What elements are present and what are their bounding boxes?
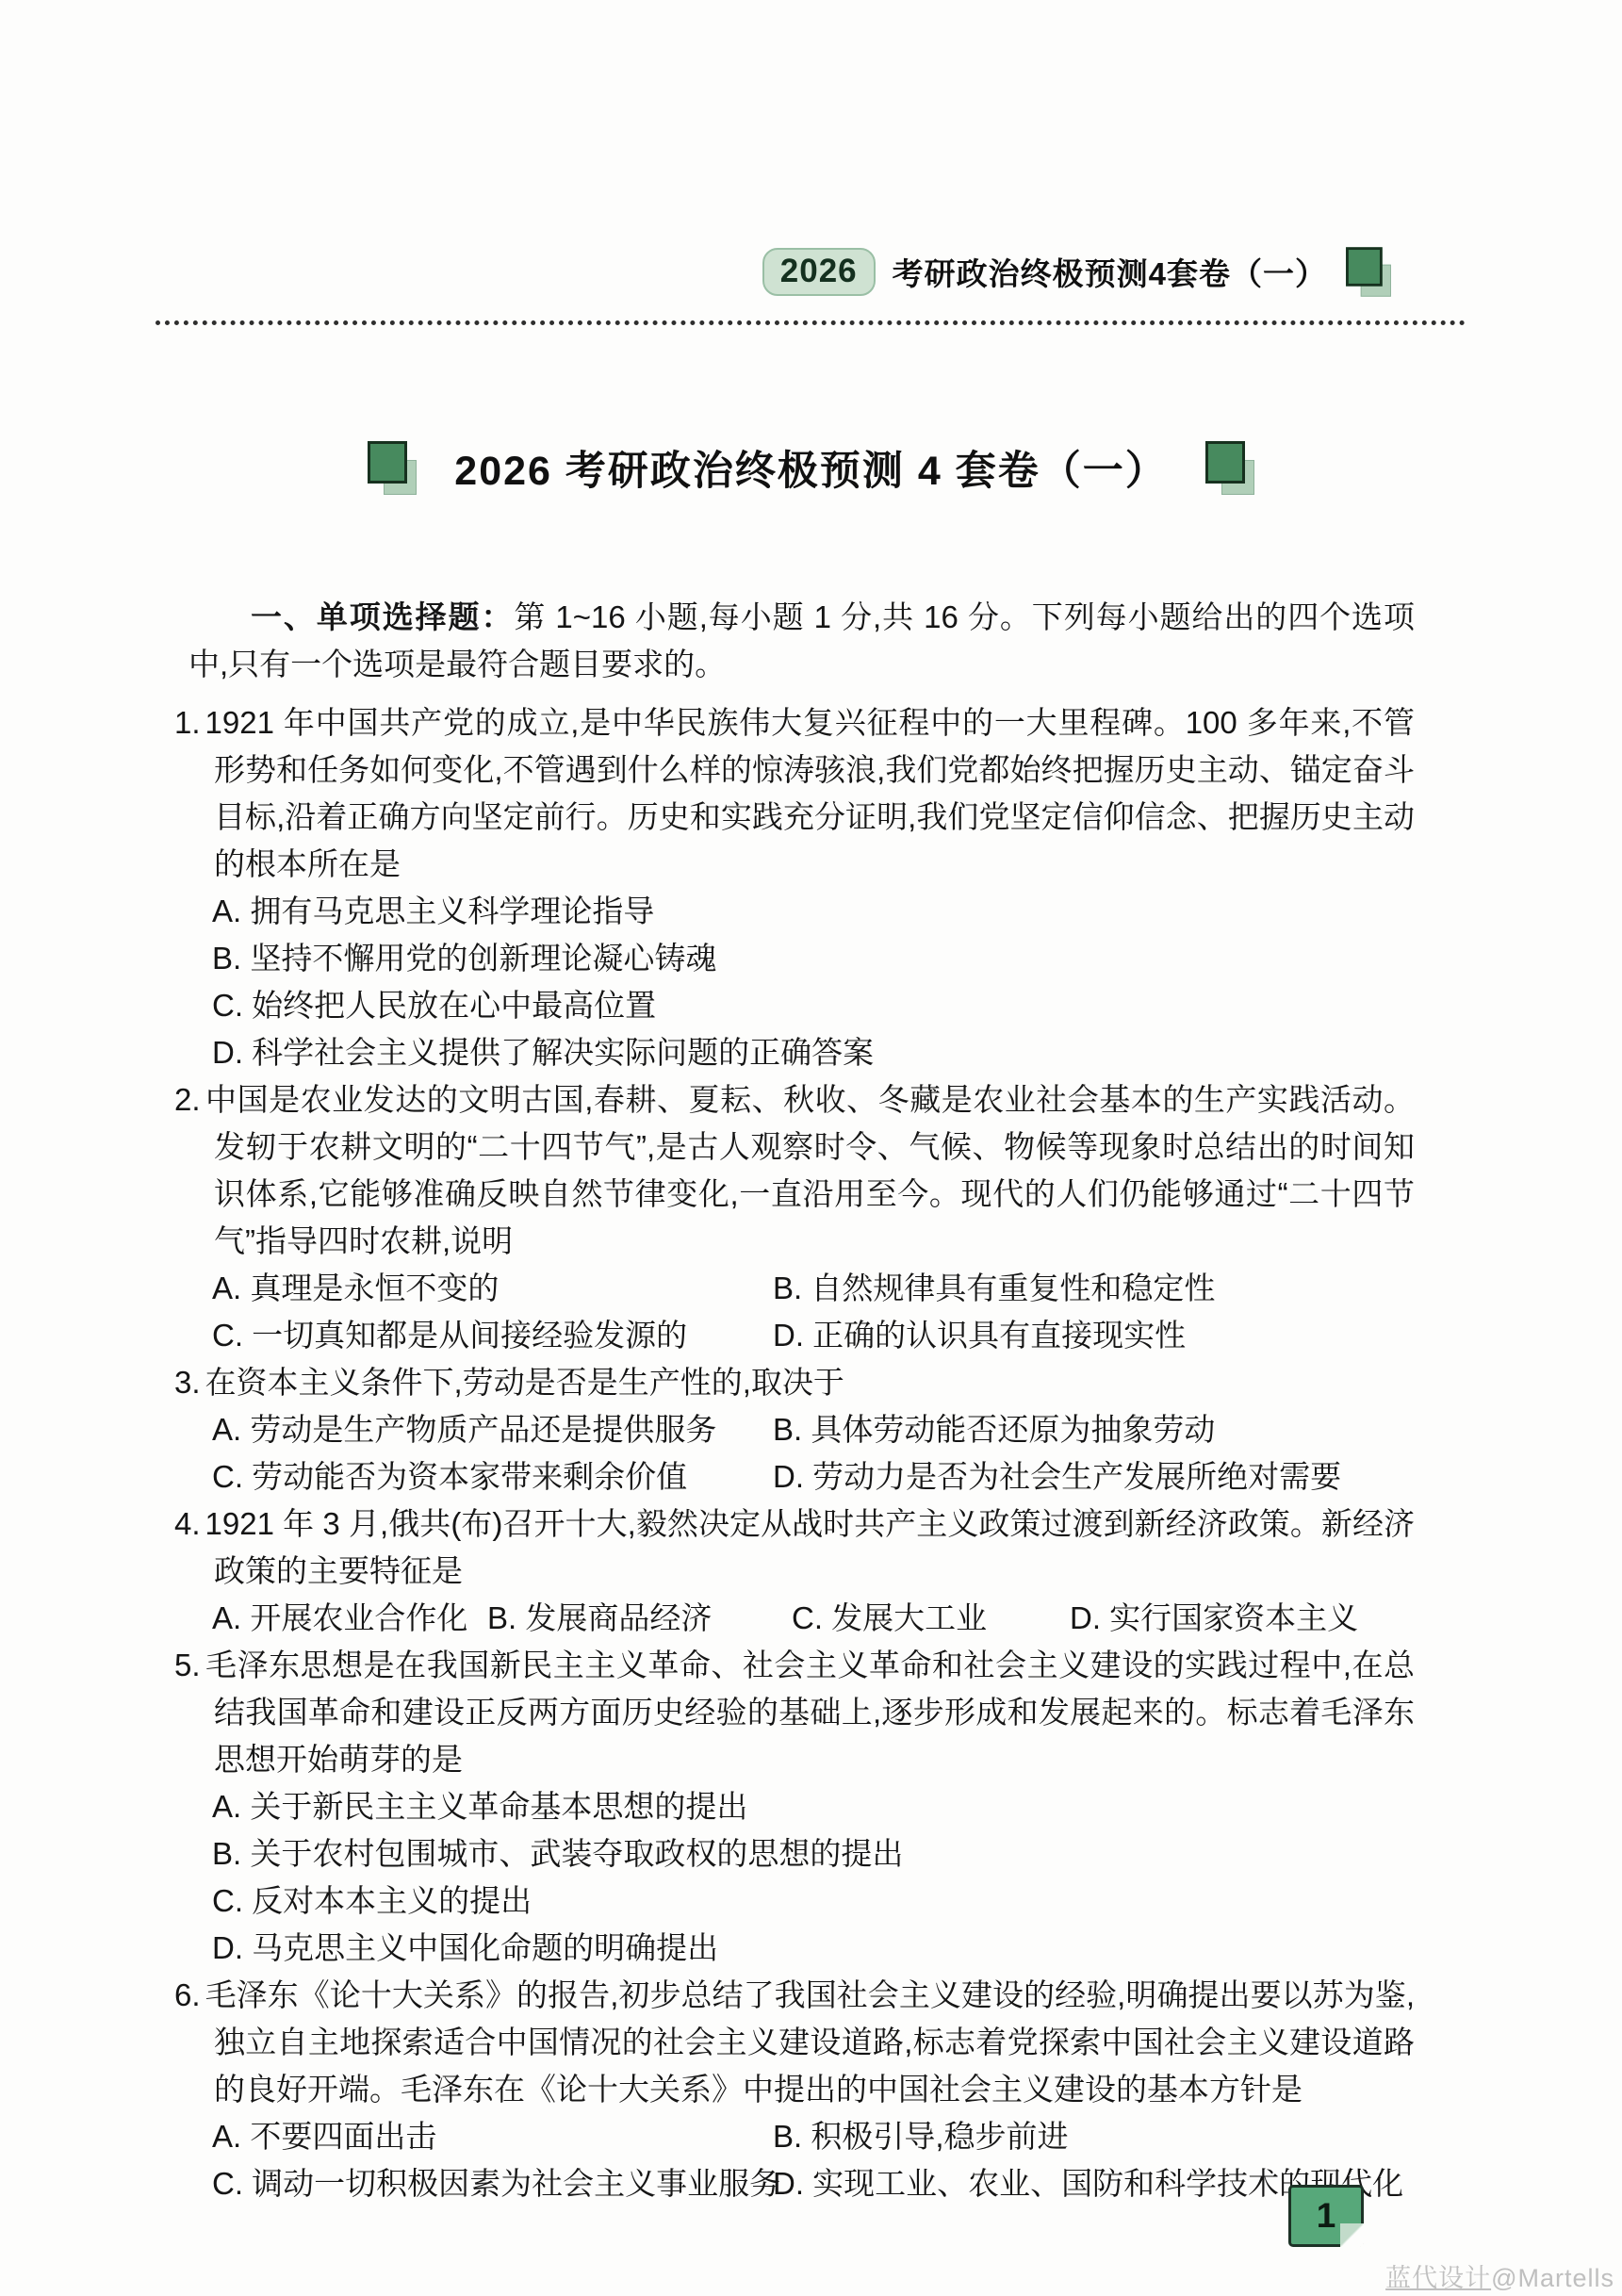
question-3: 3.在资本主义条件下,劳动是否是生产性的,取决于 A. 劳动是生产物质产品还是提… <box>174 1359 1415 1501</box>
question-text: 在资本主义条件下,劳动是否是生产性的,取决于 <box>205 1365 844 1400</box>
question-text: 毛泽东《论十大关系》的报告,初步总结了我国社会主义建设的经验,明确提出要以苏为鉴… <box>205 1977 1415 2107</box>
square-dark <box>1205 441 1245 484</box>
question-1: 1.1921 年中国共产党的成立,是中华民族伟大复兴征程中的一大里程碑。100 … <box>174 699 1415 1076</box>
dotted-divider <box>156 320 1466 325</box>
option-c: C. 始终把人民放在心中最高位置 <box>212 982 1415 1029</box>
option-a: A. 拥有马克思主义科学理论指导 <box>212 888 1415 935</box>
question-number: 2. <box>174 1082 201 1117</box>
question-4: 4.1921 年 3 月,俄共(布)召开十大,毅然决定从战时共产主义政策过渡到新… <box>174 1501 1415 1642</box>
option-d: D. 正确的认识具有直接现实性 <box>773 1312 1415 1359</box>
year-badge: 2026 <box>762 248 876 297</box>
question-number: 5. <box>174 1648 201 1682</box>
question-stem: 5.毛泽东思想是在我国新民主主义革命、社会主义革命和社会主义建设的实践过程中,在… <box>174 1642 1415 1783</box>
watermark-prefix: 蓝代设计 <box>1385 2264 1491 2292</box>
question-stem: 3.在资本主义条件下,劳动是否是生产性的,取决于 <box>174 1359 1415 1406</box>
page-number-badge: 1 <box>1288 2185 1364 2247</box>
option-d: D. 马克思主义中国化命题的明确提出 <box>212 1925 1415 1972</box>
question-stem: 4.1921 年 3 月,俄共(布)召开十大,毅然决定从战时共产主义政策过渡到新… <box>174 1501 1415 1595</box>
square-dark <box>1346 247 1383 286</box>
options-list: A. 开展农业合作化 B. 发展商品经济 C. 发展大工业 D. 实行国家资本主… <box>174 1595 1415 1642</box>
folded-corner-icon <box>1340 2223 1364 2247</box>
double-square-icon <box>368 441 417 495</box>
option-b: B. 发展商品经济 <box>487 1595 792 1642</box>
option-c: C. 发展大工业 <box>792 1595 1070 1642</box>
option-a: A. 不要四面出击 <box>212 2113 773 2160</box>
options-list: A. 拥有马克思主义科学理论指导 B. 坚持不懈用党的创新理论凝心铸魂 C. 始… <box>174 888 1415 1076</box>
question-text: 1921 年中国共产党的成立,是中华民族伟大复兴征程中的一大里程碑。100 多年… <box>205 705 1415 881</box>
option-b: B. 积极引导,稳步前进 <box>773 2113 1415 2160</box>
question-number: 4. <box>174 1506 201 1541</box>
option-b: B. 坚持不懈用党的创新理论凝心铸魂 <box>212 935 1415 982</box>
section-instructions: 一、单项选择题：第 1~16 小题,每小题 1 分,共 16 分。下列每小题给出… <box>188 594 1415 688</box>
question-6: 6.毛泽东《论十大关系》的报告,初步总结了我国社会主义建设的经验,明确提出要以苏… <box>174 1972 1415 2207</box>
watermark: 蓝代设计@Martells <box>1385 2257 1614 2294</box>
running-header-title: 考研政治终极预测4套卷（一） <box>893 250 1327 294</box>
option-d: D. 科学社会主义提供了解决实际问题的正确答案 <box>212 1029 1415 1076</box>
question-text: 1921 年 3 月,俄共(布)召开十大,毅然决定从战时共产主义政策过渡到新经济… <box>205 1506 1415 1588</box>
question-text: 毛泽东思想是在我国新民主主义革命、社会主义革命和社会主义建设的实践过程中,在总结… <box>205 1648 1415 1777</box>
option-c: C. 一切真知都是从间接经验发源的 <box>212 1312 773 1359</box>
option-d: D. 劳动力是否为社会生产发展所绝对需要 <box>773 1453 1415 1501</box>
option-d: D. 实行国家资本主义 <box>1070 1595 1415 1642</box>
running-header: 2026 考研政治终极预测4套卷（一） <box>0 245 1393 299</box>
option-b: B. 关于农村包围城市、武装夺取政权的思想的提出 <box>212 1830 1415 1878</box>
option-a: A. 劳动是生产物质产品还是提供服务 <box>212 1406 773 1453</box>
question-stem: 6.毛泽东《论十大关系》的报告,初步总结了我国社会主义建设的经验,明确提出要以苏… <box>174 1972 1415 2113</box>
exam-content: 一、单项选择题：第 1~16 小题,每小题 1 分,共 16 分。下列每小题给出… <box>174 594 1415 2207</box>
option-b: B. 具体劳动能否还原为抽象劳动 <box>773 1406 1415 1453</box>
option-c: C. 劳动能否为资本家带来剩余价值 <box>212 1453 773 1501</box>
options-list: A. 劳动是生产物质产品还是提供服务 B. 具体劳动能否还原为抽象劳动 C. 劳… <box>174 1406 1415 1501</box>
page-title: 2026 考研政治终极预测 4 套卷（一） <box>454 439 1167 497</box>
question-2: 2.中国是农业发达的文明古国,春耕、夏耘、秋收、冬藏是农业社会基本的生产实践活动… <box>174 1076 1415 1359</box>
options-list: A. 真理是永恒不变的 B. 自然规律具有重复性和稳定性 C. 一切真知都是从间… <box>174 1265 1415 1359</box>
option-a: A. 开展农业合作化 <box>212 1595 487 1642</box>
square-dark <box>368 441 407 484</box>
option-a: A. 关于新民主主义革命基本思想的提出 <box>212 1783 1415 1830</box>
watermark-handle: @Martells <box>1491 2264 1614 2292</box>
option-c: C. 调动一切积极因素为社会主义事业服务 <box>212 2160 773 2207</box>
question-number: 3. <box>174 1365 201 1400</box>
question-stem: 1.1921 年中国共产党的成立,是中华民族伟大复兴征程中的一大里程碑。100 … <box>174 699 1415 888</box>
question-text: 中国是农业发达的文明古国,春耕、夏耘、秋收、冬藏是农业社会基本的生产实践活动。发… <box>205 1082 1415 1258</box>
options-list: A. 关于新民主主义革命基本思想的提出 B. 关于农村包围城市、武装夺取政权的思… <box>174 1783 1415 1972</box>
double-square-icon <box>1346 247 1391 296</box>
question-stem: 2.中国是农业发达的文明古国,春耕、夏耘、秋收、冬藏是农业社会基本的生产实践活动… <box>174 1076 1415 1265</box>
double-square-icon <box>1205 441 1254 495</box>
question-number: 1. <box>174 705 201 740</box>
question-number: 6. <box>174 1977 201 2012</box>
options-list: A. 不要四面出击 B. 积极引导,稳步前进 C. 调动一切积极因素为社会主义事… <box>174 2113 1415 2207</box>
option-a: A. 真理是永恒不变的 <box>212 1265 773 1312</box>
page-title-row: 2026 考研政治终极预测 4 套卷（一） <box>0 439 1622 497</box>
option-c: C. 反对本本主义的提出 <box>212 1878 1415 1925</box>
option-b: B. 自然规律具有重复性和稳定性 <box>773 1265 1415 1312</box>
page-number: 1 <box>1317 2196 1336 2236</box>
section-label: 一、单项选择题： <box>251 599 514 634</box>
question-5: 5.毛泽东思想是在我国新民主主义革命、社会主义革命和社会主义建设的实践过程中,在… <box>174 1642 1415 1972</box>
exam-page: 2026 考研政治终极预测4套卷（一） 2026 考研政治终极预测 4 套卷（一… <box>0 0 1622 2296</box>
